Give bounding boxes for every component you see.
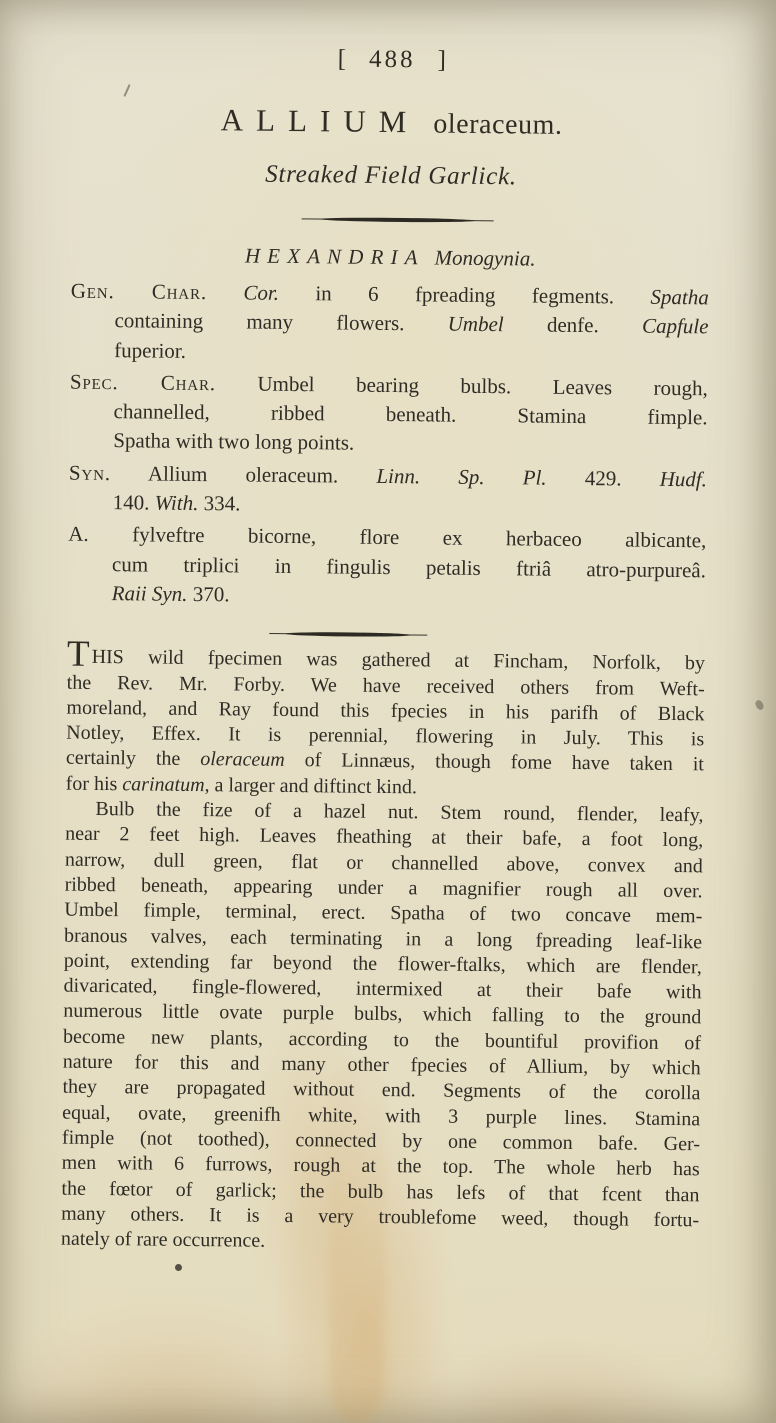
genus-name: ALLIUM bbox=[221, 102, 420, 139]
description-paragraph-1: THIS wild fpecimen was gathered at Finch… bbox=[66, 645, 706, 803]
genus-character-entry: Gen. Char. Cor. in 6 fpreading fegments.… bbox=[70, 277, 709, 372]
species-name: oleraceum. bbox=[433, 108, 563, 140]
common-name: Streaked Field Garlick. bbox=[72, 159, 710, 194]
description-paragraph-2: Bulb the fize of a hazel nut. Stem round… bbox=[61, 797, 704, 1259]
page-number-value: 488 bbox=[369, 46, 416, 74]
species-title: ALLIUMoleraceum. bbox=[72, 101, 710, 144]
class-name: HEXANDRIA bbox=[245, 243, 425, 269]
character-entries: Gen. Char. Cor. in 6 fpreading fegments.… bbox=[68, 277, 709, 615]
species-character-entry: Spec. Char. Umbel bearing bulbs. Leaves … bbox=[69, 368, 708, 463]
ink-fleck-mark bbox=[754, 699, 765, 711]
entry-line: Spatha with two long points. bbox=[69, 426, 707, 462]
scanned-page: [488] ALLIUMoleraceum. Streaked Field Ga… bbox=[0, 0, 776, 1423]
ink-dot-mark bbox=[175, 1264, 182, 1271]
title-divider-rule bbox=[302, 215, 494, 224]
classification-heading: HEXANDRIAMonogynia. bbox=[71, 242, 709, 274]
synonym-description-entry: A. fylveftre bicorne, flore ex herbaceo … bbox=[68, 520, 707, 615]
description-text: THIS wild fpecimen was gathered at Finch… bbox=[61, 645, 705, 1259]
page-number-bracket-left: [ bbox=[338, 45, 348, 73]
page-content: [488] ALLIUMoleraceum. Streaked Field Ga… bbox=[61, 0, 712, 1259]
order-name: Monogynia. bbox=[435, 245, 536, 270]
page-number: [488] bbox=[73, 43, 711, 78]
page-number-bracket-right: ] bbox=[437, 47, 447, 75]
synonyms-entry: Syn. Allium oleraceum. Linn. Sp. Pl. 429… bbox=[68, 458, 707, 523]
section-divider-rule bbox=[269, 630, 427, 639]
